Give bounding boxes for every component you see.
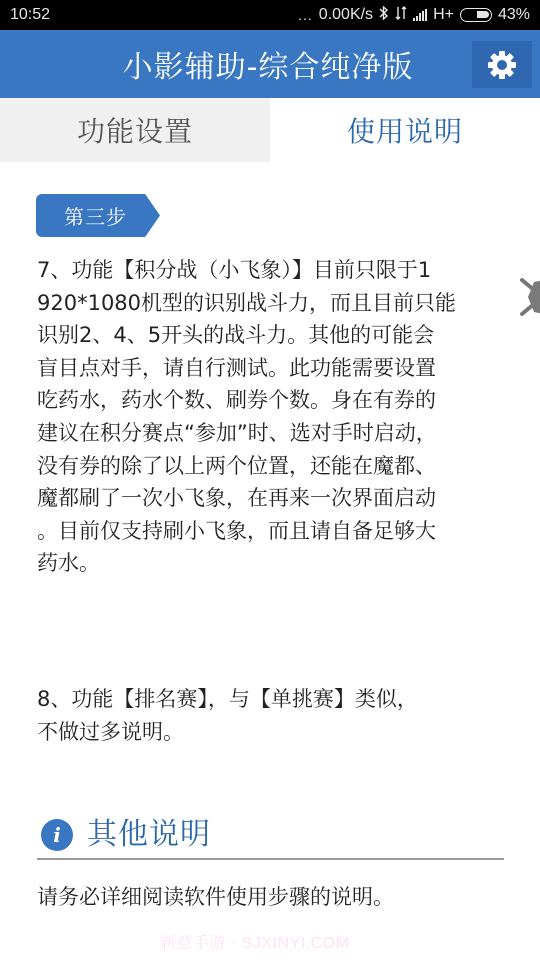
gear-icon [486,49,518,81]
text-line: 8、功能【排名赛】，与【单挑赛】类似， [37,683,507,716]
text-line: 920*1080机型的识别战斗力，而且目前只能 [37,287,507,320]
text-line: 药水。 [37,547,507,580]
bluetooth-icon [379,5,389,26]
settings-button[interactable] [472,41,532,88]
battery-percent: 43% [498,6,530,24]
more-notifications-icon: ... [298,7,313,23]
other-notes-text: 请务必详细阅读软件使用步骤的说明。 [37,881,507,914]
network-type: H+ [433,6,454,24]
text-line: 请务必详细阅读软件使用步骤的说明。 [37,881,507,914]
status-bar: 10:52 ... 0.00K/s H+ 43% [0,0,540,30]
status-time: 10:52 [10,6,50,24]
tab-bar: 功能设置 使用说明 [0,98,540,162]
app-bar: 小影辅助-综合纯净版 [0,30,540,98]
text-line: 不做过多说明。 [37,716,507,749]
text-line: 没有券的除了以上两个位置，还能在魔都、 [37,450,507,483]
net-speed: 0.00K/s [319,6,373,24]
section-title: 其他说明 [87,809,211,853]
instructions-content: 第三步 7、功能【积分战（小飞象）】目前只限于1 920*1080机型的识别战斗… [0,162,540,960]
step-badge: 第三步 [36,194,160,237]
tab-function-settings[interactable]: 功能设置 [0,98,270,162]
info-icon: i [41,819,73,851]
paragraph-item-7: 7、功能【积分战（小飞象）】目前只限于1 920*1080机型的识别战斗力，而且… [37,254,507,580]
text-line: 吃药水，药水个数、刷券个数。身在有券的 [37,384,507,417]
text-line: 识别2、4、5开头的战斗力。其他的可能会 [37,319,507,352]
floating-assistant-button[interactable] [520,272,540,322]
paragraph-item-8: 8、功能【排名赛】，与【单挑赛】类似， 不做过多说明。 [37,683,507,748]
text-line: 建议在积分赛点“参加”时、选对手时启动， [37,417,507,450]
text-line: 。目前仅支持刷小飞象，而且请自备足够大 [37,515,507,548]
text-line: 7、功能【积分战（小飞象）】目前只限于1 [37,254,507,287]
tab-usage-instructions[interactable]: 使用说明 [270,98,540,162]
floating-assistant-icon [520,272,540,322]
watermark: 新意手游 · SJXINYI.COM [160,930,349,953]
text-line: 魔都刷了一次小飞象，在再来一次界面启动 [37,482,507,515]
signal-icon [413,9,427,21]
app-title: 小影辅助-综合纯净版 [123,42,414,86]
status-indicators: ... 0.00K/s H+ 43% [298,5,530,26]
battery-icon [460,8,492,22]
data-activity-icon [395,6,407,25]
other-notes-header: i 其他说明 [37,804,504,860]
text-line: 盲目点对手，请自行测试。此功能需要设置 [37,352,507,385]
